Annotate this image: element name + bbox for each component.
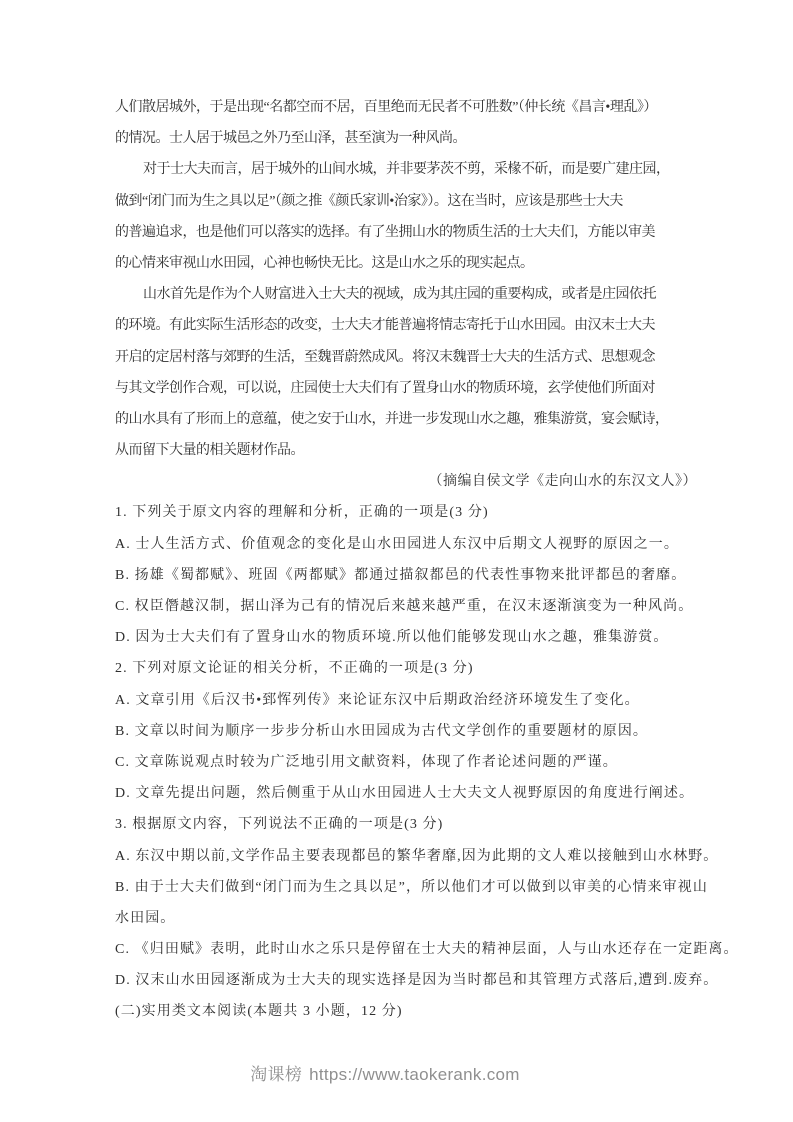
question-2-stem: 2. 下列对原文论证的相关分析，不正确的一项是(3 分) [115,653,697,684]
passage-line: 人们散居城外，于是出现“名都空而不居，百里绝而无民者不可胜数”（仲长统《昌言•理… [115,92,697,123]
passage-line: 开启的定居村落与郊野的生活，至魏晋蔚然成风。将汉末魏晋士大夫的生活方式、思想观念 [115,342,697,373]
passage-paragraph-1: 人们散居城外，于是出现“名都空而不居，百里绝而无民者不可胜数”（仲长统《昌言•理… [115,92,697,154]
watermark-footer: 淘课榜https://www.taokerank.com [0,1060,770,1090]
document-content: 人们散居城外，于是出现“名都空而不居，百里绝而无民者不可胜数”（仲长统《昌言•理… [115,92,697,1028]
question-3: 3. 根据原文内容，下列说法不正确的一项是(3 分) A. 东汉中期以前,文学作… [115,809,697,996]
question-3-option-a: A. 东汉中期以前,文学作品主要表现都邑的繁华奢靡,因为此期的文人难以接触到山水… [115,841,697,872]
section-2-heading: (二)实用类文本阅读(本题共 3 小题，12 分) [115,996,697,1027]
question-1: 1. 下列关于原文内容的理解和分析，正确的一项是(3 分) A. 士人生活方式、… [115,497,697,653]
question-2-option-b: B. 文章以时间为顺序一步步分析山水田园成为古代文学创作的重要题材的原因。 [115,716,697,747]
reading-passage: 人们散居城外，于是出现“名都空而不居，百里绝而无民者不可胜数”（仲长统《昌言•理… [115,92,697,497]
passage-line: 的心情来审视山水田园，心神也畅快无比。这是山水之乐的现实起点。 [115,248,697,279]
passage-line: 对于士大夫而言，居于城外的山间水城，并非要茅茨不剪，采椽不斫，而是要广建庄园， [115,154,697,185]
passage-line: 从而留下大量的相关题材作品。 [115,435,697,466]
passage-paragraph-3: 山水首先是作为个人财富进入士大夫的视域，成为其庄园的重要构成，或者是庄园依托 的… [115,279,697,466]
question-2: 2. 下列对原文论证的相关分析，不正确的一项是(3 分) A. 文章引用《后汉书… [115,653,697,809]
passage-line: 山水首先是作为个人财富进入士大夫的视域，成为其庄园的重要构成，或者是庄园依托 [115,279,697,310]
question-list: 1. 下列关于原文内容的理解和分析，正确的一项是(3 分) A. 士人生活方式、… [115,497,697,996]
question-2-option-d: D. 文章先提出问题，然后侧重于从山水田园进人士大夫文人视野原因的角度进行阐述。 [115,778,697,809]
watermark-site-name: 淘课榜 [250,1065,302,1084]
passage-line: 的情况。士人居于城邑之外乃至山泽，甚至演为一种风尚。 [115,123,697,154]
question-1-option-c: C. 权臣僭越汉制，据山泽为己有的情况后来越来越严重，在汉末逐渐演变为一种风尚。 [115,591,697,622]
question-1-option-d: D. 因为士大夫们有了置身山水的物质环境.所以他们能够发现山水之趣，雅集游赏。 [115,622,697,653]
question-3-stem: 3. 根据原文内容，下列说法不正确的一项是(3 分) [115,809,697,840]
watermark-url: https://www.taokerank.com [309,1065,520,1084]
passage-line: 做到“闭门而为生之具以足”（颜之推《颜氏家训•治家》）。这在当时，应该是那些士大… [115,186,697,217]
question-1-option-b: B. 扬雄《蜀都赋》、班固《两都赋》都通过描叙都邑的代表性事物来批评都邑的奢靡。 [115,560,697,591]
passage-line: 的环境。有此实际生活形态的改变，士大夫才能普遍将情志寄托于山水田园。由汉末士大夫 [115,310,697,341]
exam-page: 人们散居城外，于是出现“名都空而不居，百里绝而无民者不可胜数”（仲长统《昌言•理… [0,0,793,1122]
passage-paragraph-2: 对于士大夫而言，居于城外的山间水城，并非要茅茨不剪，采椽不斫，而是要广建庄园， … [115,154,697,279]
question-3-option-c: C. 《归田赋》表明，此时山水之乐只是停留在士大夫的精神层面，人与山水还存在一定… [115,934,697,965]
question-2-option-a: A. 文章引用《后汉书•郅恽列传》来论证东汉中后期政治经济环境发生了变化。 [115,685,697,716]
passage-line: 的普遍追求，也是他们可以落实的选择。有了坐拥山水的物质生活的士大夫们，方能以审美 [115,217,697,248]
question-1-stem: 1. 下列关于原文内容的理解和分析，正确的一项是(3 分) [115,497,697,528]
passage-source-attribution: （摘编自侯文学《走向山水的东汉文人》） [115,466,697,497]
passage-line: 的山水具有了形而上的意蕴，使之安于山水，并进一步发现山水之趣，雅集游赏，宴会赋诗… [115,404,697,435]
question-3-option-b: B. 由于士大夫们做到“闭门而为生之具以足”，所以他们才可以做到以审美的心情来审… [115,872,697,903]
question-3-option-b-wrap: 水田园。 [115,903,697,934]
question-1-option-a: A. 士人生活方式、价值观念的变化是山水田园进人东汉中后期文人视野的原因之一。 [115,529,697,560]
question-2-option-c: C. 文章陈说观点时较为广泛地引用文献资料，体现了作者论述问题的严谨。 [115,747,697,778]
passage-line: 与其文学创作合观，可以说，庄园使士大夫们有了置身山水的物质环境，玄学使他们所面对 [115,373,697,404]
question-3-option-d: D. 汉末山水田园逐渐成为士大夫的现实选择是因为当时都邑和其管理方式落后,遭到.… [115,965,697,996]
